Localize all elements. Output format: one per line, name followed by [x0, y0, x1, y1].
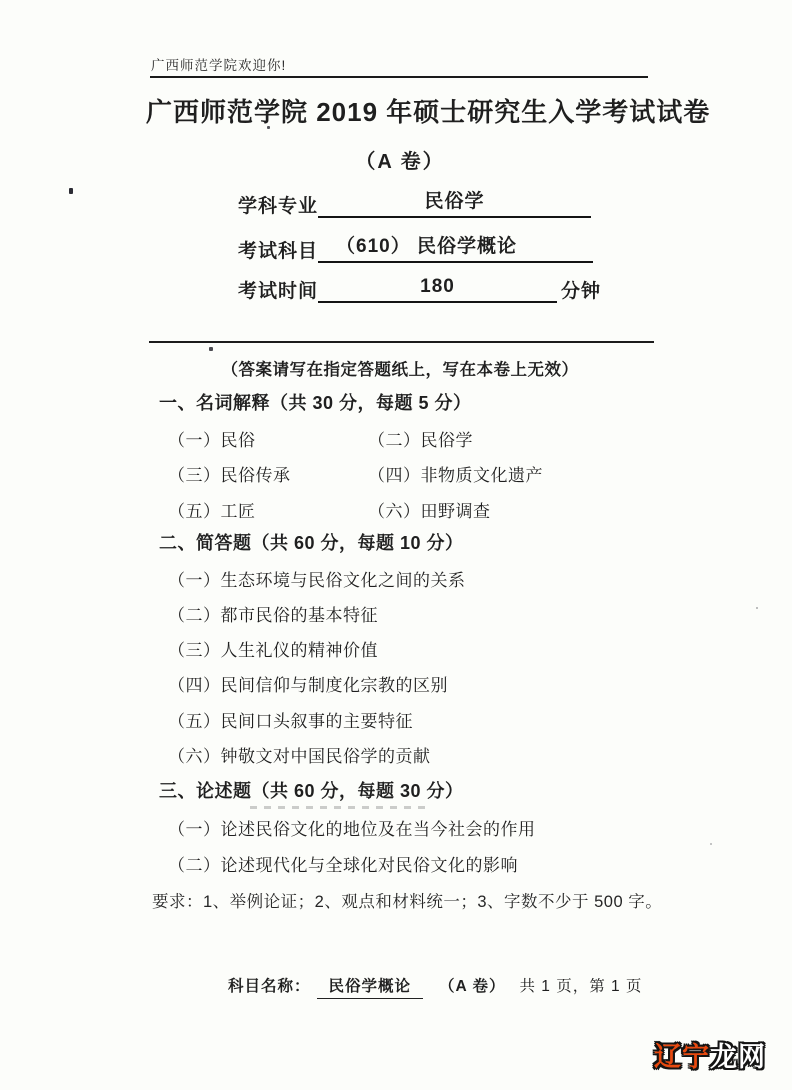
- watermark-text-right: 龙网: [710, 1042, 766, 1072]
- site-watermark-logo: 辽宁龙网: [654, 1035, 766, 1074]
- header-rule-line: [150, 76, 648, 78]
- subject-value: （610） 民俗学概论: [318, 231, 593, 263]
- section1-item-3: （三）民俗传承: [168, 461, 291, 486]
- scan-speck: [69, 188, 73, 194]
- page-title: 广西师范学院 2019 年硕士研究生入学考试试卷: [146, 92, 654, 129]
- subject-label: 考试科目: [238, 236, 318, 263]
- time-value: 180: [318, 276, 557, 303]
- exam-paper-page: 广西师范学院欢迎你! 广西师范学院 2019 年硕士研究生入学考试试卷 （A 卷…: [0, 0, 792, 1090]
- section1-item-2: （二）民俗学: [368, 426, 473, 451]
- section1-item-1: （一）民俗: [168, 426, 256, 451]
- essay-requirement-note: 要求：1、举例论证；2、观点和材料统一；3、字数不少于 500 字。: [152, 888, 662, 912]
- watermark-text-left: 辽宁: [654, 1042, 710, 1072]
- scan-speck: [209, 347, 213, 351]
- answer-instruction: （答案请写在指定答题纸上，写在本卷上无效）: [146, 356, 654, 380]
- section2-item-4: （四）民间信仰与制度化宗教的区别: [168, 671, 448, 696]
- form-row-time: 考试时间180分钟: [238, 276, 601, 303]
- form-row-major: 学科专业民俗学: [238, 186, 591, 218]
- header-welcome-note: 广西师范学院欢迎你!: [151, 54, 286, 74]
- footer-subject-name: 民俗学概论: [317, 974, 424, 999]
- section-divider-line: [149, 341, 654, 343]
- footer-page-count: 共 1 页，第 1 页: [519, 978, 642, 995]
- section2-item-5: （五）民间口头叙事的主要特征: [168, 707, 413, 732]
- footer-paper-version: （A 卷）: [439, 978, 505, 995]
- time-label: 考试时间: [238, 276, 318, 303]
- section2-item-2: （二）都市民俗的基本特征: [168, 601, 378, 626]
- section1-heading: 一、名词解释（共 30 分，每题 5 分）: [159, 389, 472, 415]
- section1-item-6: （六）田野调查: [368, 497, 491, 522]
- scan-smudge-artifact: [250, 806, 432, 809]
- section1-item-4: （四）非物质文化遗产: [368, 461, 543, 486]
- footer-subject-label: 科目名称：: [228, 978, 311, 995]
- section2-item-3: （三）人生礼仪的精神价值: [168, 636, 378, 661]
- major-label: 学科专业: [238, 191, 318, 218]
- section1-item-5: （五）工匠: [168, 497, 256, 522]
- section2-item-6: （六）钟敬文对中国民俗学的贡献: [168, 742, 431, 767]
- scan-speck: [267, 126, 270, 129]
- time-suffix: 分钟: [561, 276, 601, 303]
- section3-heading: 三、论述题（共 60 分，每题 30 分）: [159, 777, 464, 803]
- section2-item-1: （一）生态环境与民俗文化之间的关系: [168, 566, 466, 591]
- page-footer: 科目名称：民俗学概论（A 卷）共 1 页，第 1 页: [228, 974, 642, 999]
- scan-speck: [756, 607, 758, 609]
- section2-heading: 二、简答题（共 60 分，每题 10 分）: [159, 529, 464, 555]
- section3-item-1: （一）论述民俗文化的地位及在当今社会的作用: [168, 815, 536, 840]
- scan-speck: [710, 843, 712, 845]
- form-row-subject: 考试科目（610） 民俗学概论: [238, 231, 593, 263]
- paper-version-label: （A 卷）: [146, 145, 654, 174]
- section3-item-2: （二）论述现代化与全球化对民俗文化的影响: [168, 851, 518, 876]
- major-value: 民俗学: [318, 186, 591, 218]
